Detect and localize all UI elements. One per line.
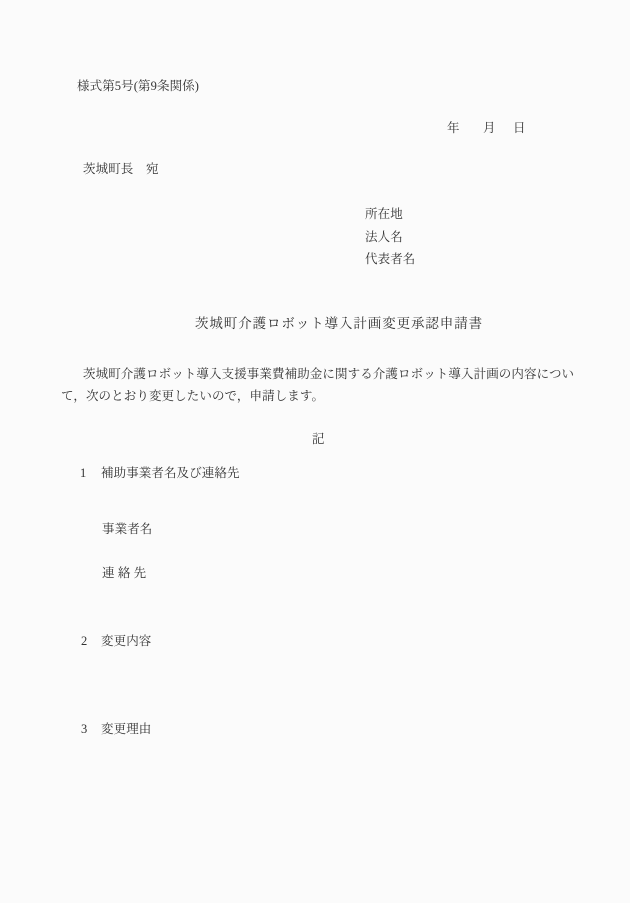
- date-year-label: 年: [447, 122, 460, 135]
- item-1-label: 補助事業者名及び連絡先: [101, 467, 240, 480]
- business-name-label: 事業者名: [102, 523, 152, 536]
- record-heading: 記: [312, 433, 325, 446]
- item-1-number: 1: [80, 467, 86, 480]
- applicant-corporation-label: 法人名: [365, 231, 403, 244]
- item-2-number: 2: [81, 635, 87, 648]
- item-3-label: 変更理由: [101, 723, 151, 736]
- document-title: 茨城町介護ロボット導入計画変更承認申請書: [195, 317, 483, 331]
- form-number: 様式第5号(第9条関係): [77, 80, 199, 93]
- item-2-label: 変更内容: [101, 635, 151, 648]
- addressee: 茨城町長 宛: [83, 163, 159, 176]
- item-3-number: 3: [81, 723, 87, 736]
- body-paragraph-line-2: て，次のとおり変更したいので，申請します。: [61, 390, 324, 403]
- document-page: 様式第5号(第9条関係) 年 月 日 茨城町長 宛 所在地 法人名 代表者名 茨…: [0, 0, 630, 903]
- applicant-representative-label: 代表者名: [365, 253, 415, 266]
- body-paragraph-line-1: 茨城町介護ロボット導入支援事業費補助金に関する介護ロボット導入計画の内容につい: [83, 368, 574, 381]
- date-day-label: 日: [513, 122, 526, 135]
- applicant-location-label: 所在地: [365, 208, 403, 221]
- contact-label: 連 絡 先: [102, 567, 146, 580]
- date-month-label: 月: [483, 122, 496, 135]
